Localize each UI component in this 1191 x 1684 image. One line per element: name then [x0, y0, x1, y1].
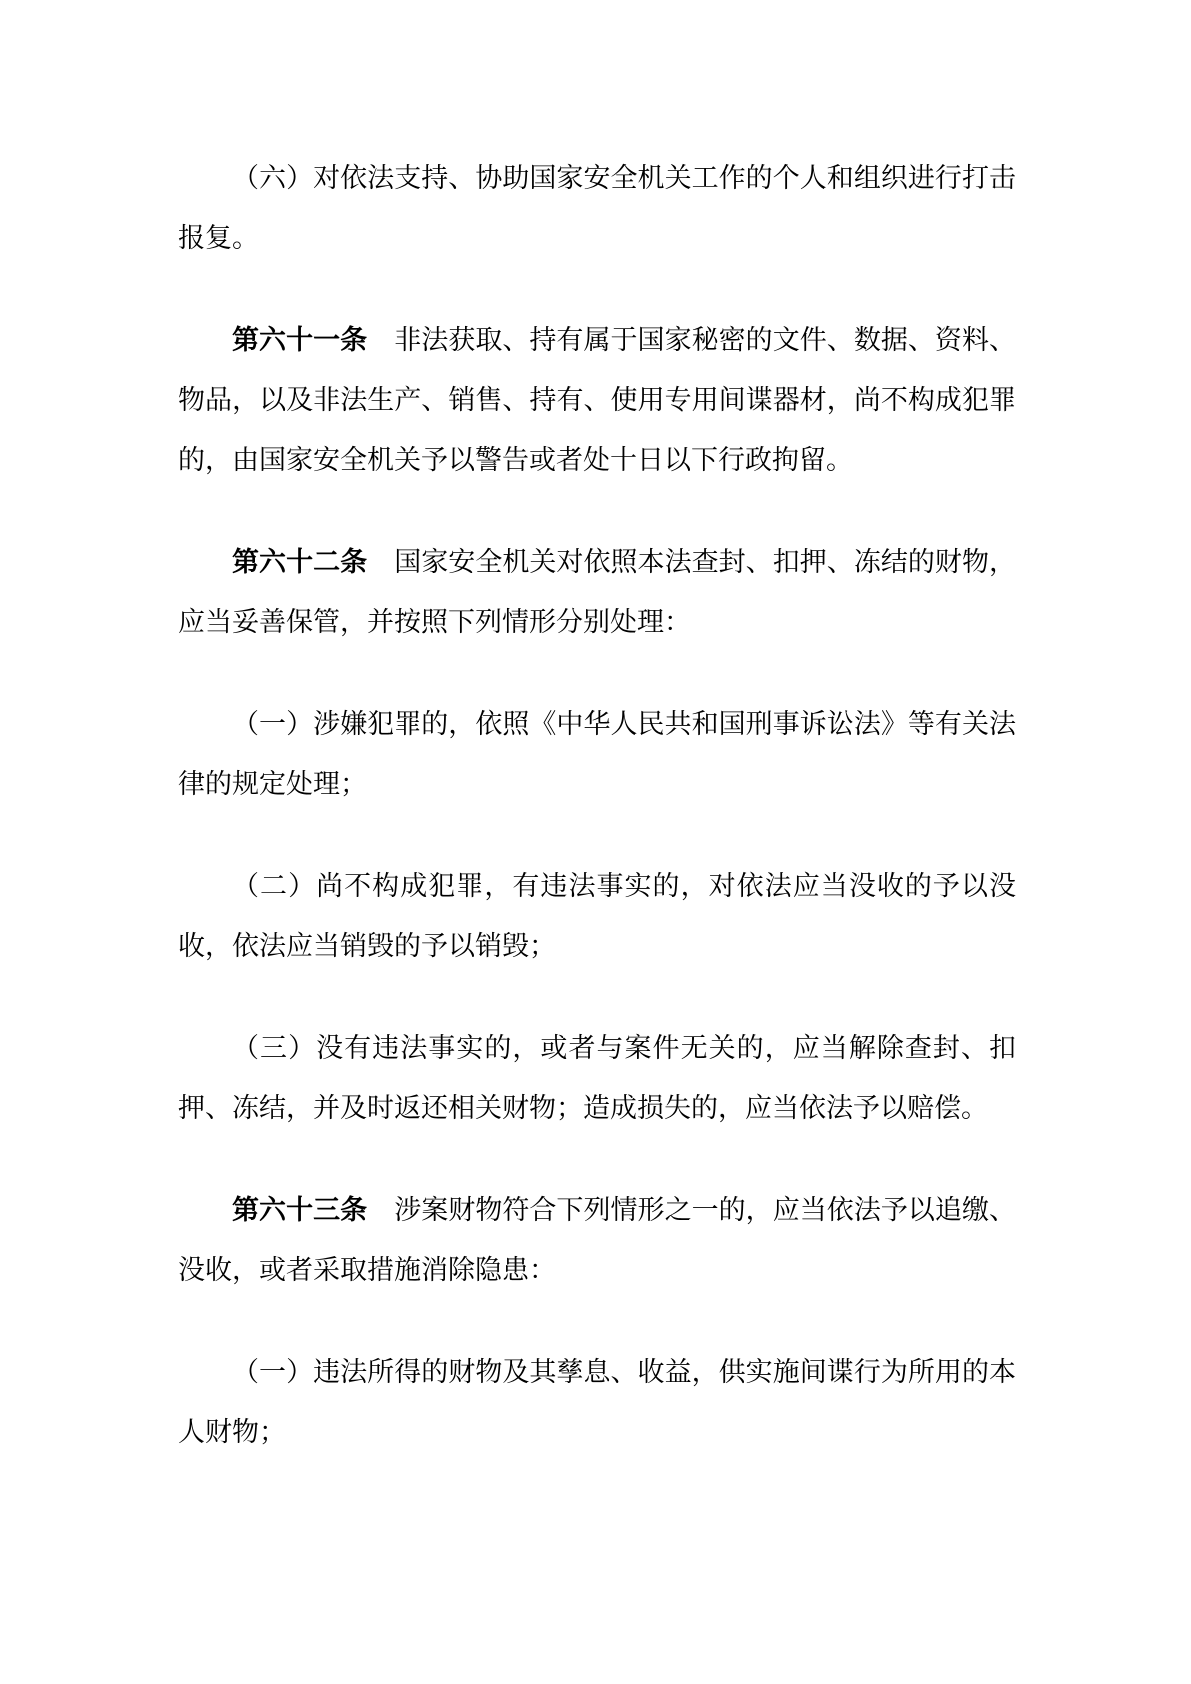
article-number: 第六十三条 — [232, 1195, 367, 1225]
paragraph-item-3: （三）没有违法事实的，或者与案件无关的，应当解除查封、扣押、冻结，并及时返还相关… — [178, 1018, 1016, 1138]
article-number: 第六十一条 — [232, 325, 367, 355]
paragraph-text: （一）违法所得的财物及其孳息、收益，供实施间谍行为所用的本人财物； — [178, 1357, 1016, 1447]
document-content: （六）对依法支持、协助国家安全机关工作的个人和组织进行打击报复。 第六十一条 非… — [178, 148, 1016, 1462]
paragraph-text: （三）没有违法事实的，或者与案件无关的，应当解除查封、扣押、冻结，并及时返还相关… — [178, 1033, 1016, 1123]
paragraph-text: （二）尚不构成犯罪，有违法事实的，对依法应当没收的予以没收，依法应当销毁的予以销… — [178, 871, 1016, 961]
document-page: （六）对依法支持、协助国家安全机关工作的个人和组织进行打击报复。 第六十一条 非… — [0, 0, 1191, 1684]
paragraph-article-61: 第六十一条 非法获取、持有属于国家秘密的文件、数据、资料、物品，以及非法生产、销… — [178, 310, 1016, 490]
paragraph-item-1b: （一）违法所得的财物及其孳息、收益，供实施间谍行为所用的本人财物； — [178, 1342, 1016, 1462]
paragraph-article-62: 第六十二条 国家安全机关对依照本法查封、扣押、冻结的财物，应当妥善保管，并按照下… — [178, 532, 1016, 652]
paragraph-text: （一）涉嫌犯罪的，依照《中华人民共和国刑事诉讼法》等有关法律的规定处理； — [178, 709, 1016, 799]
article-number: 第六十二条 — [232, 547, 367, 577]
paragraph-item-6: （六）对依法支持、协助国家安全机关工作的个人和组织进行打击报复。 — [178, 148, 1016, 268]
paragraph-text: （六）对依法支持、协助国家安全机关工作的个人和组织进行打击报复。 — [178, 163, 1016, 253]
paragraph-item-1: （一）涉嫌犯罪的，依照《中华人民共和国刑事诉讼法》等有关法律的规定处理； — [178, 694, 1016, 814]
paragraph-item-2: （二）尚不构成犯罪，有违法事实的，对依法应当没收的予以没收，依法应当销毁的予以销… — [178, 856, 1016, 976]
paragraph-article-63: 第六十三条 涉案财物符合下列情形之一的，应当依法予以追缴、没收，或者采取措施消除… — [178, 1180, 1016, 1300]
